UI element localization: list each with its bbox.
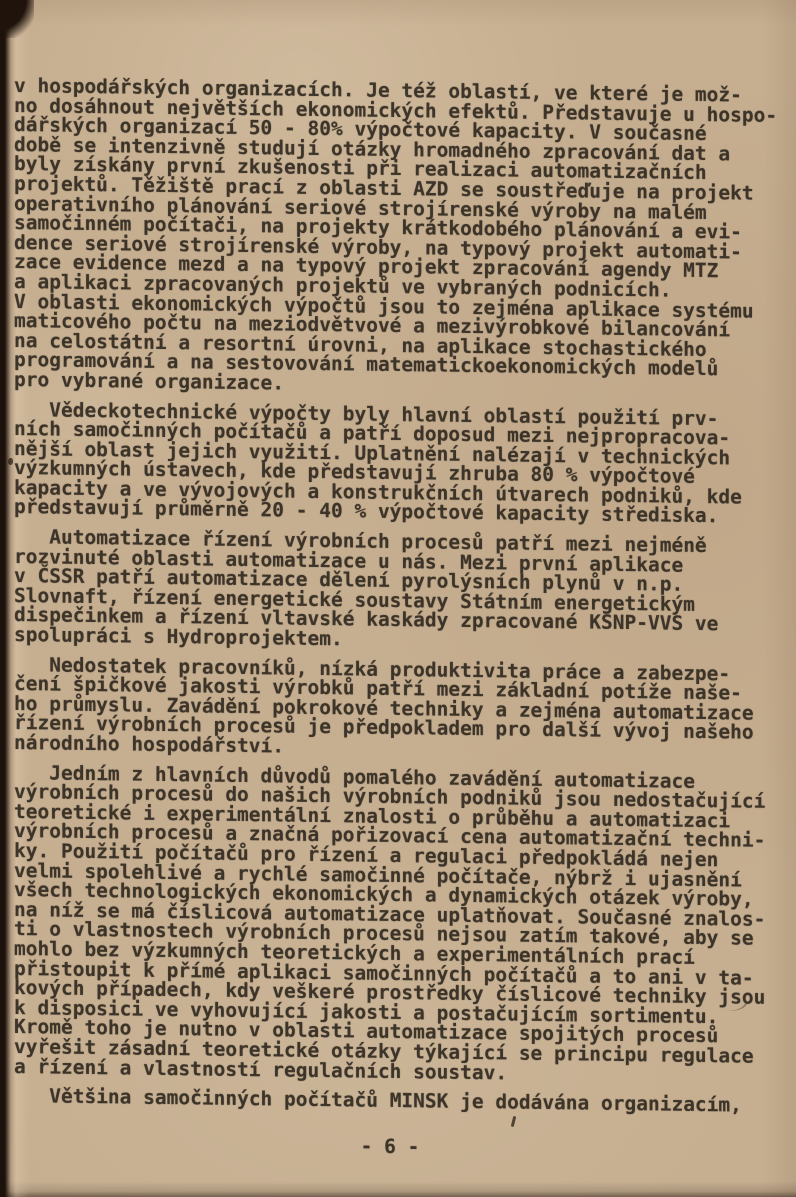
paragraph-2: Vědeckotechnické výpočty byly hlavní obl… <box>14 400 780 528</box>
paragraph-5: Jedním z hlavních důvodů pomalého zavádě… <box>14 763 780 1087</box>
page-number: - 6 - <box>14 1132 766 1161</box>
ink-speck <box>8 458 13 465</box>
paragraph-3: Automatizace řízení výrobních procesů pa… <box>14 527 780 655</box>
scanned-document-page: v hospodářských organizacích. Je též obl… <box>0 0 796 1197</box>
paragraph-6: Většina samočinných počítačů MINSK je do… <box>14 1086 780 1116</box>
paragraph-1: v hospodářských organizacích. Je též obl… <box>14 76 780 400</box>
binding-corner-shadow <box>0 0 34 38</box>
paragraph-4: Nedostatek pracovníků, nízká produktivit… <box>14 655 780 763</box>
page-text: v hospodářských organizacích. Je též obl… <box>14 76 780 1161</box>
